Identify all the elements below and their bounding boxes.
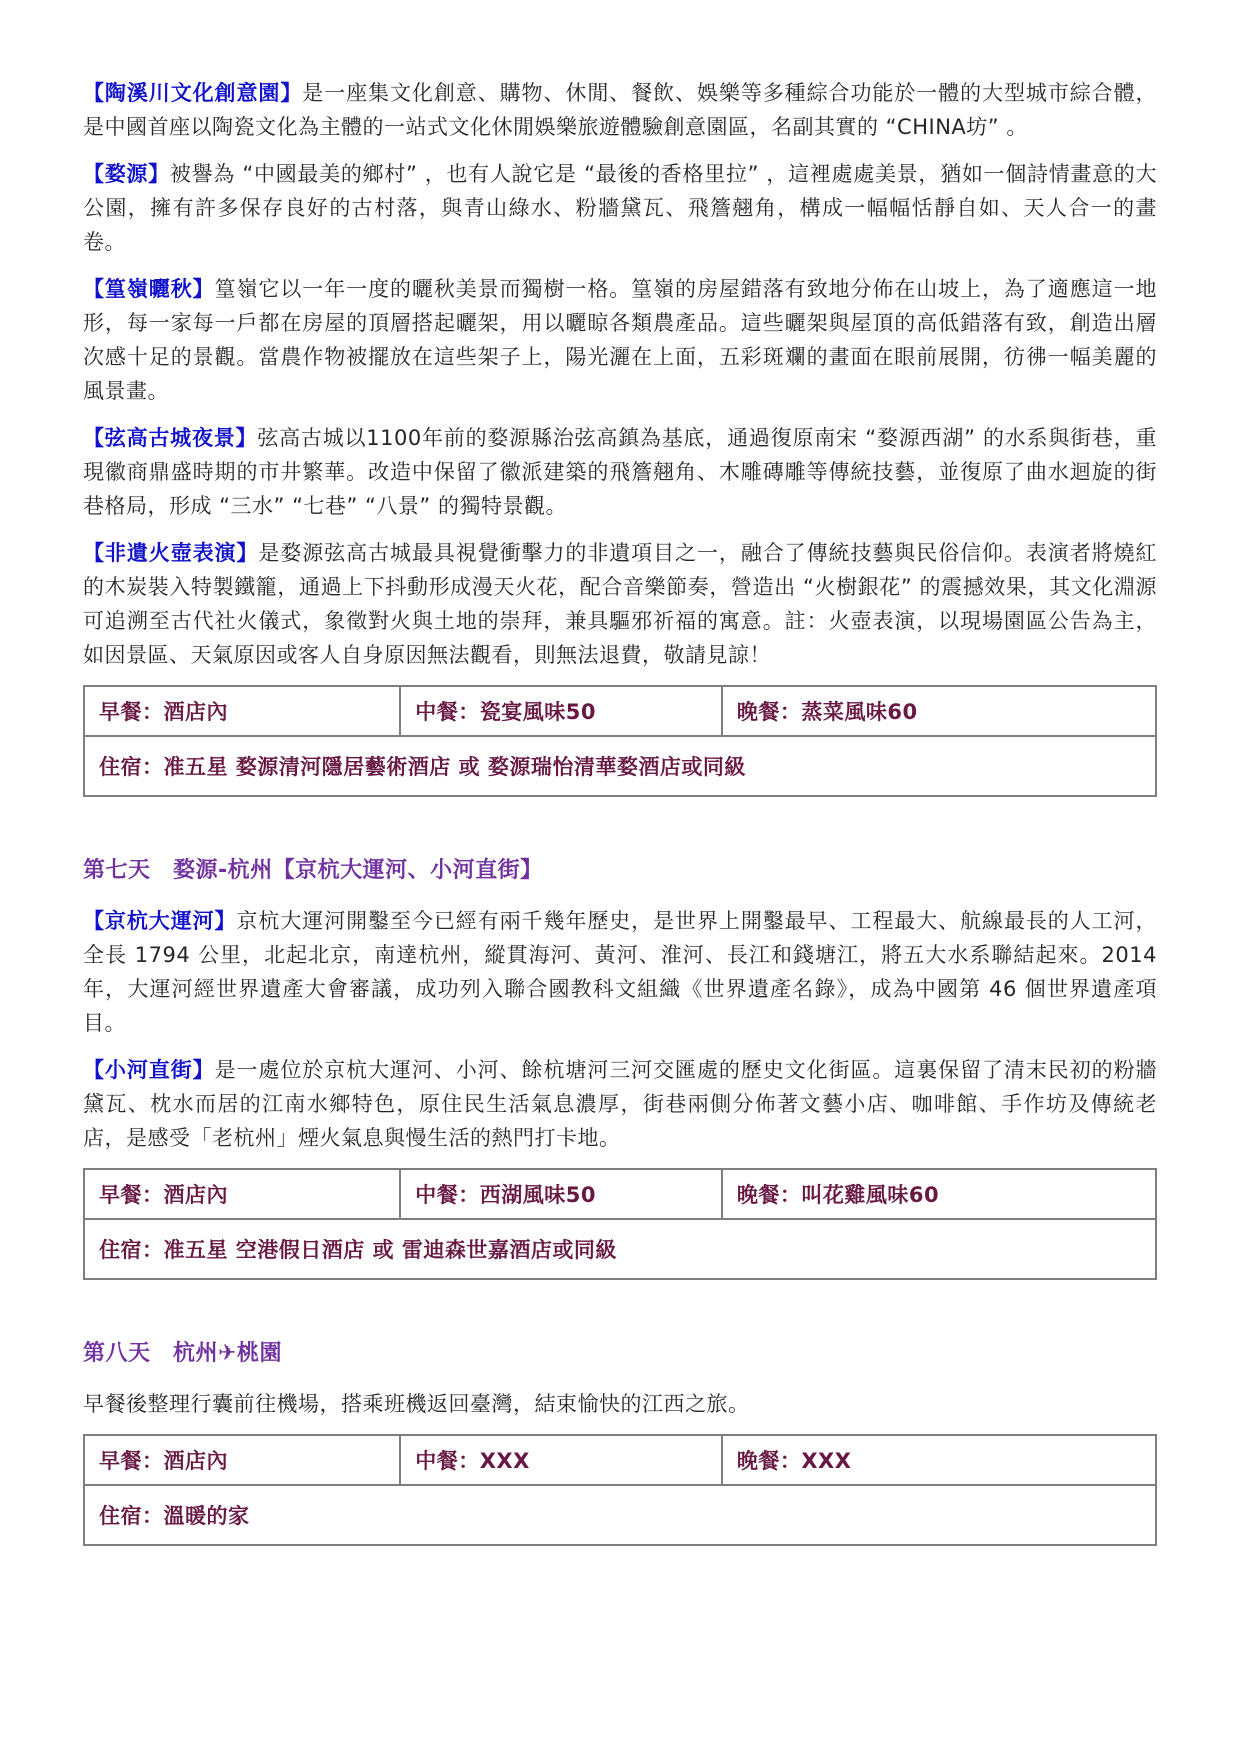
meal-table-day8-wrap: 早餐：酒店內 中餐：XXX 晚餐：XXX 住宿：溫暖的家: [83, 1434, 1157, 1546]
attraction-label-xiaohe: 【小河直街】: [83, 1058, 215, 1082]
itinerary-document-page: 【陶溪川文化創意園】是一座集文化創意、購物、休閒、餐飲、娛樂等多種綜合功能於一體…: [0, 0, 1241, 1600]
meal-row: 早餐：酒店內 中餐：瓷宴風味50 晚餐：蒸菜風味60: [84, 686, 1156, 736]
stay-row: 住宿：准五星 空港假日酒店 或 雷迪森世嘉酒店或同級: [84, 1219, 1156, 1279]
dinner-cell: 晚餐：XXX: [722, 1435, 1156, 1485]
lunch-cell: 中餐：XXX: [400, 1435, 722, 1485]
attraction-label-firepot: 【非遺火壺表演】: [83, 541, 258, 565]
meal-table-day7: 早餐：酒店內 中餐：西湖風味50 晚餐：叫花雞風味60 住宿：准五星 空港假日酒…: [83, 1168, 1157, 1280]
dinner-cell: 晚餐：蒸菜風味60: [722, 686, 1156, 736]
stay-cell: 住宿：准五星 空港假日酒店 或 雷迪森世嘉酒店或同級: [84, 1219, 1156, 1279]
meal-table-day6-wrap: 早餐：酒店內 中餐：瓷宴風味50 晚餐：蒸菜風味60 住宿：准五星 婺源清河隱居…: [83, 685, 1157, 797]
day8-heading: 第八天 杭州✈桃園: [83, 1336, 1157, 1367]
paragraph-grand-canal: 【京杭大運河】京杭大運河開鑿至今已經有兩千幾年歷史，是世界上開鑿最早、工程最大、…: [83, 904, 1157, 1040]
meal-row: 早餐：酒店內 中餐：XXX 晚餐：XXX: [84, 1435, 1156, 1485]
breakfast-cell: 早餐：酒店內: [84, 1169, 400, 1219]
paragraph-xiangao-night: 【弦高古城夜景】弦高古城以1100年前的婺源縣治弦高鎮為基底，通過復原南宋 “婺…: [83, 421, 1157, 523]
lunch-cell: 中餐：瓷宴風味50: [400, 686, 722, 736]
paragraph-text: 篁嶺它以一年一度的曬秋美景而獨樹一格。篁嶺的房屋錯落有致地分佈在山坡上，為了適應…: [83, 277, 1157, 403]
day8-heading-suffix: 桃園: [237, 1341, 282, 1366]
stay-cell: 住宿：准五星 婺源清河隱居藝術酒店 或 婺源瑞怡清華婺酒店或同級: [84, 736, 1156, 796]
breakfast-cell: 早餐：酒店內: [84, 1435, 400, 1485]
paragraph-text: 是一處位於京杭大運河、小河、餘杭塘河三河交匯處的歷史文化街區。這裏保留了清末民初…: [83, 1058, 1157, 1150]
meal-row: 早餐：酒店內 中餐：西湖風味50 晚餐：叫花雞風味60: [84, 1169, 1156, 1219]
meal-table-day7-wrap: 早餐：酒店內 中餐：西湖風味50 晚餐：叫花雞風味60 住宿：准五星 空港假日酒…: [83, 1168, 1157, 1280]
paragraph-huangling: 【篁嶺曬秋】篁嶺它以一年一度的曬秋美景而獨樹一格。篁嶺的房屋錯落有致地分佈在山坡…: [83, 272, 1157, 408]
paragraph-wuyuan: 【婺源】被譽為 “中國最美的鄉村” ，也有人說它是 “最後的香格里拉” ，這裡處…: [83, 157, 1157, 259]
paragraph-firepot-show: 【非遺火壺表演】是婺源弦高古城最具視覺衝擊力的非遺項目之一，融合了傳統技藝與民俗…: [83, 536, 1157, 672]
paragraph-xiaohe-street: 【小河直街】是一處位於京杭大運河、小河、餘杭塘河三河交匯處的歷史文化街區。這裏保…: [83, 1053, 1157, 1155]
attraction-label-taoxichuan: 【陶溪川文化創意園】: [83, 81, 302, 105]
paragraph-text: 京杭大運河開鑿至今已經有兩千幾年歷史，是世界上開鑿最早、工程最大、航線最長的人工…: [83, 909, 1157, 1035]
day8-heading-prefix: 第八天 杭州: [83, 1341, 218, 1366]
paragraph-text: 被譽為 “中國最美的鄉村” ，也有人說它是 “最後的香格里拉” ，這裡處處美景，…: [83, 162, 1157, 254]
breakfast-cell: 早餐：酒店內: [84, 686, 400, 736]
airplane-icon: ✈: [218, 1341, 237, 1366]
attraction-label-huangling: 【篁嶺曬秋】: [83, 277, 215, 301]
stay-cell: 住宿：溫暖的家: [84, 1485, 1156, 1545]
dinner-cell: 晚餐：叫花雞風味60: [722, 1169, 1156, 1219]
day7-heading: 第七天 婺源-杭州【京杭大運河、小河直街】: [83, 853, 1157, 884]
paragraph-day8-transfer: 早餐後整理行囊前往機場，搭乘班機返回臺灣，結束愉快的江西之旅。: [83, 1387, 1157, 1421]
attraction-label-wuyuan: 【婺源】: [83, 162, 170, 186]
stay-row: 住宿：溫暖的家: [84, 1485, 1156, 1545]
lunch-cell: 中餐：西湖風味50: [400, 1169, 722, 1219]
attraction-label-grand-canal: 【京杭大運河】: [83, 909, 237, 933]
meal-table-day6: 早餐：酒店內 中餐：瓷宴風味50 晚餐：蒸菜風味60 住宿：准五星 婺源清河隱居…: [83, 685, 1157, 797]
meal-table-day8: 早餐：酒店內 中餐：XXX 晚餐：XXX 住宿：溫暖的家: [83, 1434, 1157, 1546]
paragraph-taoxichuan: 【陶溪川文化創意園】是一座集文化創意、購物、休閒、餐飲、娛樂等多種綜合功能於一體…: [83, 76, 1157, 144]
attraction-label-xiangao: 【弦高古城夜景】: [83, 426, 257, 450]
stay-row: 住宿：准五星 婺源清河隱居藝術酒店 或 婺源瑞怡清華婺酒店或同級: [84, 736, 1156, 796]
